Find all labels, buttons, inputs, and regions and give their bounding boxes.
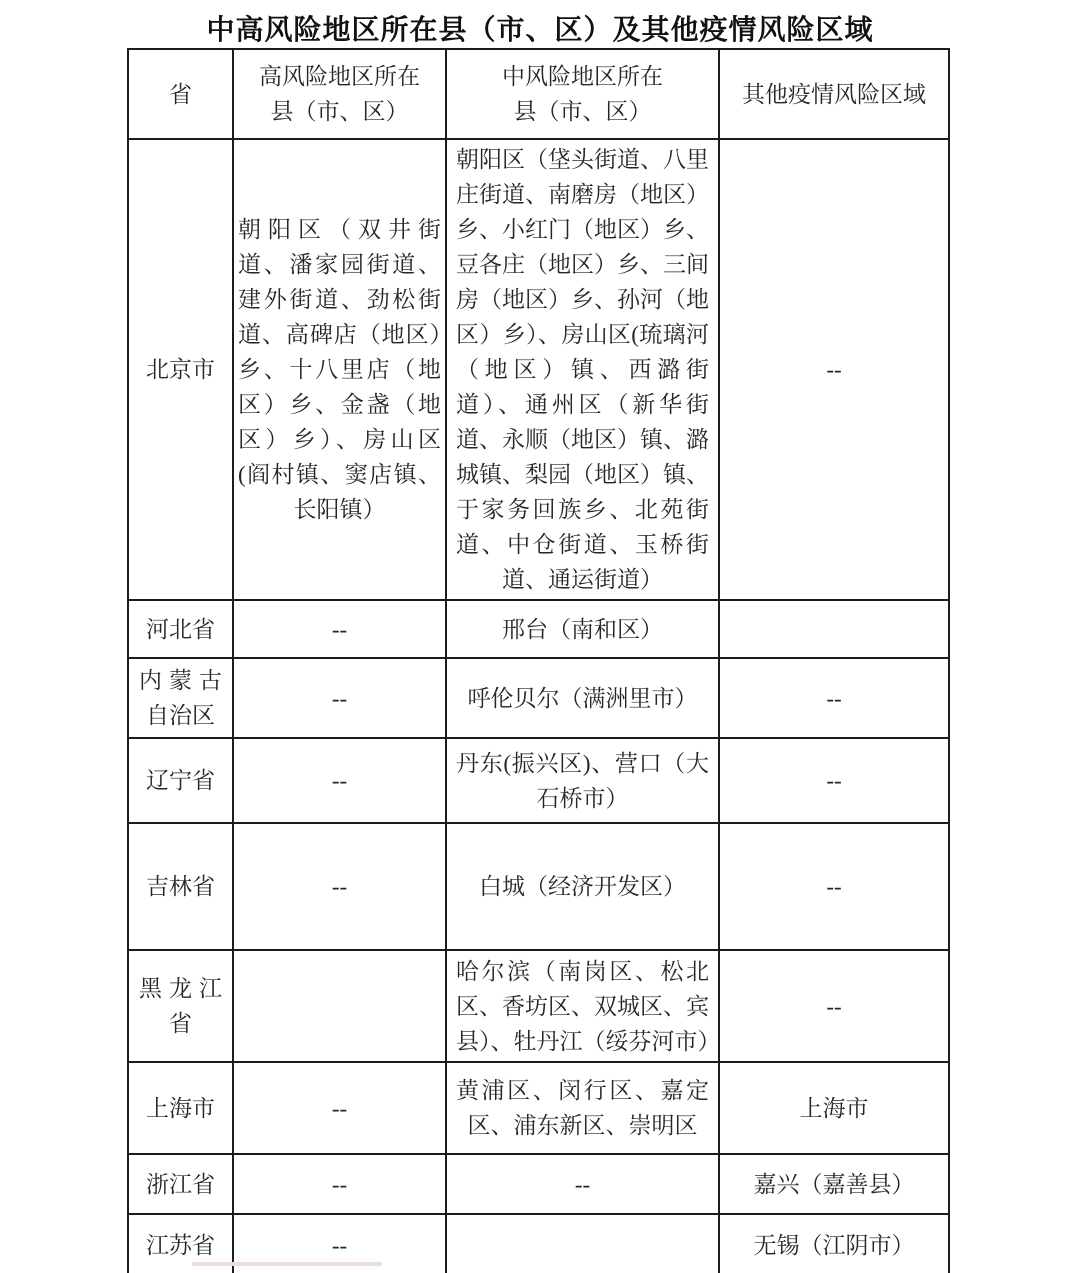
- other-risk-cell: 无锡（江阴市）: [719, 1214, 949, 1273]
- province-cell: 北京市: [128, 139, 233, 600]
- other-risk-cell: --: [719, 823, 949, 950]
- document-page: 中高风险地区所在县（市、区）及其他疫情风险区域 省 高风险地区所在 县（市、区）…: [0, 0, 1080, 1273]
- high-risk-cell: --: [233, 823, 446, 950]
- province-cell: 内蒙古自治区: [128, 658, 233, 738]
- other-risk-cell: --: [719, 738, 949, 823]
- high-risk-cell: --: [233, 600, 446, 658]
- table-row-shanghai: 上海市 -- 黄浦区、闵行区、嘉定区、浦东新区、崇明区 上海市: [128, 1062, 949, 1154]
- other-risk-cell: --: [719, 139, 949, 600]
- province-cell: 上海市: [128, 1062, 233, 1154]
- medium-risk-cell: 呼伦贝尔（满洲里市）: [446, 658, 719, 738]
- high-risk-cell: [233, 950, 446, 1062]
- other-risk-cell: --: [719, 950, 949, 1062]
- page-title: 中高风险地区所在县（市、区）及其他疫情风险区域: [0, 8, 1080, 48]
- risk-area-table: 省 高风险地区所在 县（市、区） 中风险地区所在 县（市、区） 其他疫情风险区域…: [127, 48, 950, 1273]
- province-cell: 河北省: [128, 600, 233, 658]
- col-header-other-risk: 其他疫情风险区域: [719, 49, 949, 139]
- col-header-high-risk: 高风险地区所在 县（市、区）: [233, 49, 446, 139]
- medium-risk-cell: 黄浦区、闵行区、嘉定区、浦东新区、崇明区: [446, 1062, 719, 1154]
- other-risk-cell: 嘉兴（嘉善县）: [719, 1154, 949, 1214]
- high-risk-cell: --: [233, 1062, 446, 1154]
- table-row-beijing: 北京市 朝阳区（双井街道、潘家园街道、建外街道、劲松街道、高碑店（地区）乡、十八…: [128, 139, 949, 600]
- table-row-neimenggu: 内蒙古自治区 -- 呼伦贝尔（满洲里市） --: [128, 658, 949, 738]
- province-cell: 辽宁省: [128, 738, 233, 823]
- high-risk-cell: 朝阳区（双井街道、潘家园街道、建外街道、劲松街道、高碑店（地区）乡、十八里店（地…: [233, 139, 446, 600]
- medium-risk-cell: 邢台（南和区）: [446, 600, 719, 658]
- medium-risk-cell: --: [446, 1154, 719, 1214]
- col-header-province: 省: [128, 49, 233, 139]
- medium-risk-cell: [446, 1214, 719, 1273]
- high-risk-cell: --: [233, 658, 446, 738]
- scan-artifact: [192, 1262, 382, 1266]
- province-cell: 黑龙江省: [128, 950, 233, 1062]
- other-risk-cell: --: [719, 658, 949, 738]
- col-header-medium-risk: 中风险地区所在 县（市、区）: [446, 49, 719, 139]
- province-cell: 吉林省: [128, 823, 233, 950]
- table-row-jilin: 吉林省 -- 白城（经济开发区） --: [128, 823, 949, 950]
- table-row-liaoning: 辽宁省 -- 丹东(振兴区)、营口（大石桥市） --: [128, 738, 949, 823]
- table-row-zhejiang: 浙江省 -- -- 嘉兴（嘉善县）: [128, 1154, 949, 1214]
- medium-risk-cell: 哈尔滨（南岗区、松北区、香坊区、双城区、宾县）、牡丹江（绥芬河市）: [446, 950, 719, 1062]
- other-risk-cell: 上海市: [719, 1062, 949, 1154]
- medium-risk-cell: 朝阳区（垡头街道、八里庄街道、南磨房（地区）乡、小红门（地区）乡、豆各庄（地区）…: [446, 139, 719, 600]
- high-risk-cell: --: [233, 1154, 446, 1214]
- high-risk-cell: --: [233, 738, 446, 823]
- other-risk-cell: [719, 600, 949, 658]
- medium-risk-cell: 白城（经济开发区）: [446, 823, 719, 950]
- table-row-hebei: 河北省 -- 邢台（南和区）: [128, 600, 949, 658]
- medium-risk-cell: 丹东(振兴区)、营口（大石桥市）: [446, 738, 719, 823]
- table-header-row: 省 高风险地区所在 县（市、区） 中风险地区所在 县（市、区） 其他疫情风险区域: [128, 49, 949, 139]
- table-row-heilongjiang: 黑龙江省 哈尔滨（南岗区、松北区、香坊区、双城区、宾县）、牡丹江（绥芬河市） -…: [128, 950, 949, 1062]
- province-cell: 浙江省: [128, 1154, 233, 1214]
